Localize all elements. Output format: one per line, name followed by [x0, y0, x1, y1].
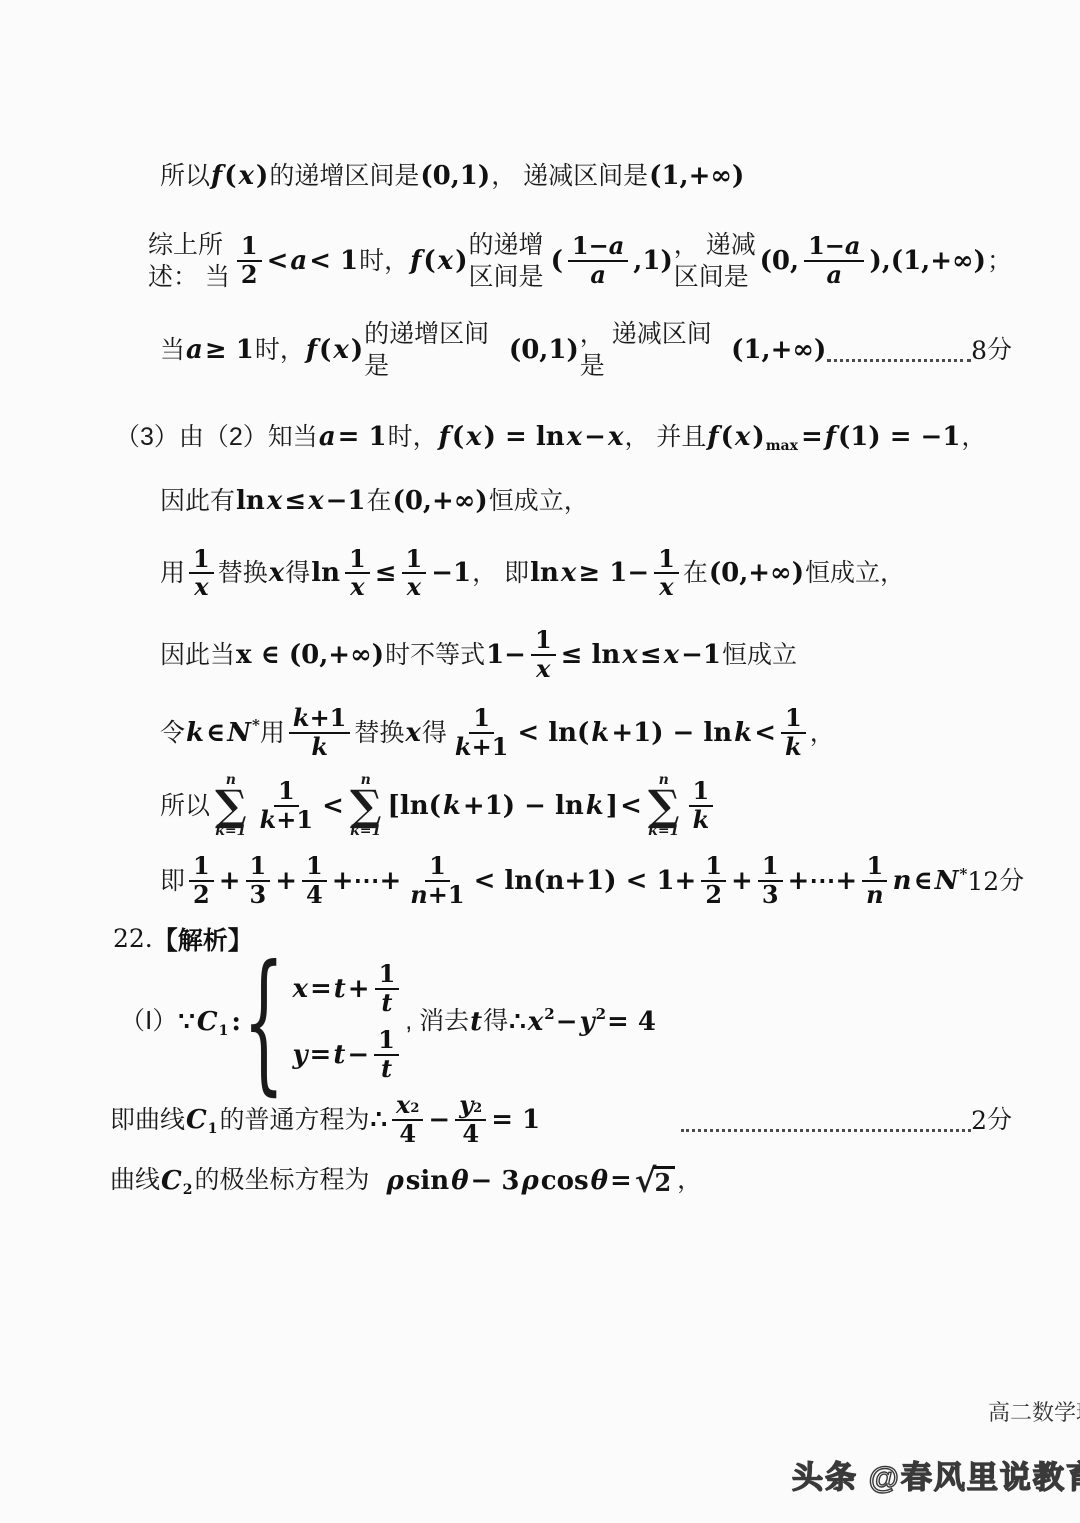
formula-line-lnx-inequality: 因此有lnx≤x−1在(0,+∞)恒成立，	[160, 485, 1080, 518]
formula-line-substitute-k: 令k∈N*用k+1k替换 x 得1k+1< ln(k+1) − lnk<1k，	[160, 705, 1080, 761]
formula-line-part3-intro: （3）由（2）知当a= 1时， f(x) = lnx−x， 并且f(x)max=…	[115, 421, 1080, 454]
formula-line-series-score12: 即12+13+14+⋯+1n+1< ln(n+1) < 1+12+13+⋯+1n…	[160, 853, 1080, 909]
page-footer-course-label: 高二数学理科	[988, 1396, 1080, 1427]
formula-line-summation-inequality: 所以n∑k=11k+1<n∑k=1[ln(k+1) − lnk]<n∑k=11k	[160, 773, 1080, 839]
formula-line-substitute-1-over-x: 用1x替换 x 得ln1x≤1x−1， 即lnx≥ 1−1x在(0,+∞)恒成立…	[160, 546, 1080, 602]
formula-line-combined-inequality: 因此当x ∈ (0,+∞)时不等式1−1x≤ lnx≤x−1恒成立	[160, 627, 1080, 683]
formula-line-parametric-cases: （Ⅰ）∵C1:{x=t+1ty=t−1t, 消去 t 得∴x2−y2= 4	[120, 961, 1080, 1083]
formula-line-summary-case1: 综上所述： 当12<a< 1时， f(x) 的递增区间是(1−aa,1)， 递减…	[148, 229, 1080, 294]
watermark-toutiao: 头条 @春风里说教育	[792, 1452, 1080, 1497]
formula-line-polar-equation: 曲线C2的极坐标方程为ρsinθ− 3ρcosθ=√2，	[110, 1164, 1080, 1197]
formula-line-monotonic-intervals: 所以 f(x) 的递增区间是 (0,1)， 递减区间是 (1,+∞)	[160, 160, 1080, 193]
math-solution-page: 所以 f(x) 的递增区间是 (0,1)， 递减区间是 (1,+∞) 综上所述：…	[0, 0, 1080, 1523]
formula-line-summary-case2-score8: 当a≥ 1时， f(x) 的递增区间是 (0,1)， 递减区间是 (1,+∞)8…	[160, 318, 1080, 383]
